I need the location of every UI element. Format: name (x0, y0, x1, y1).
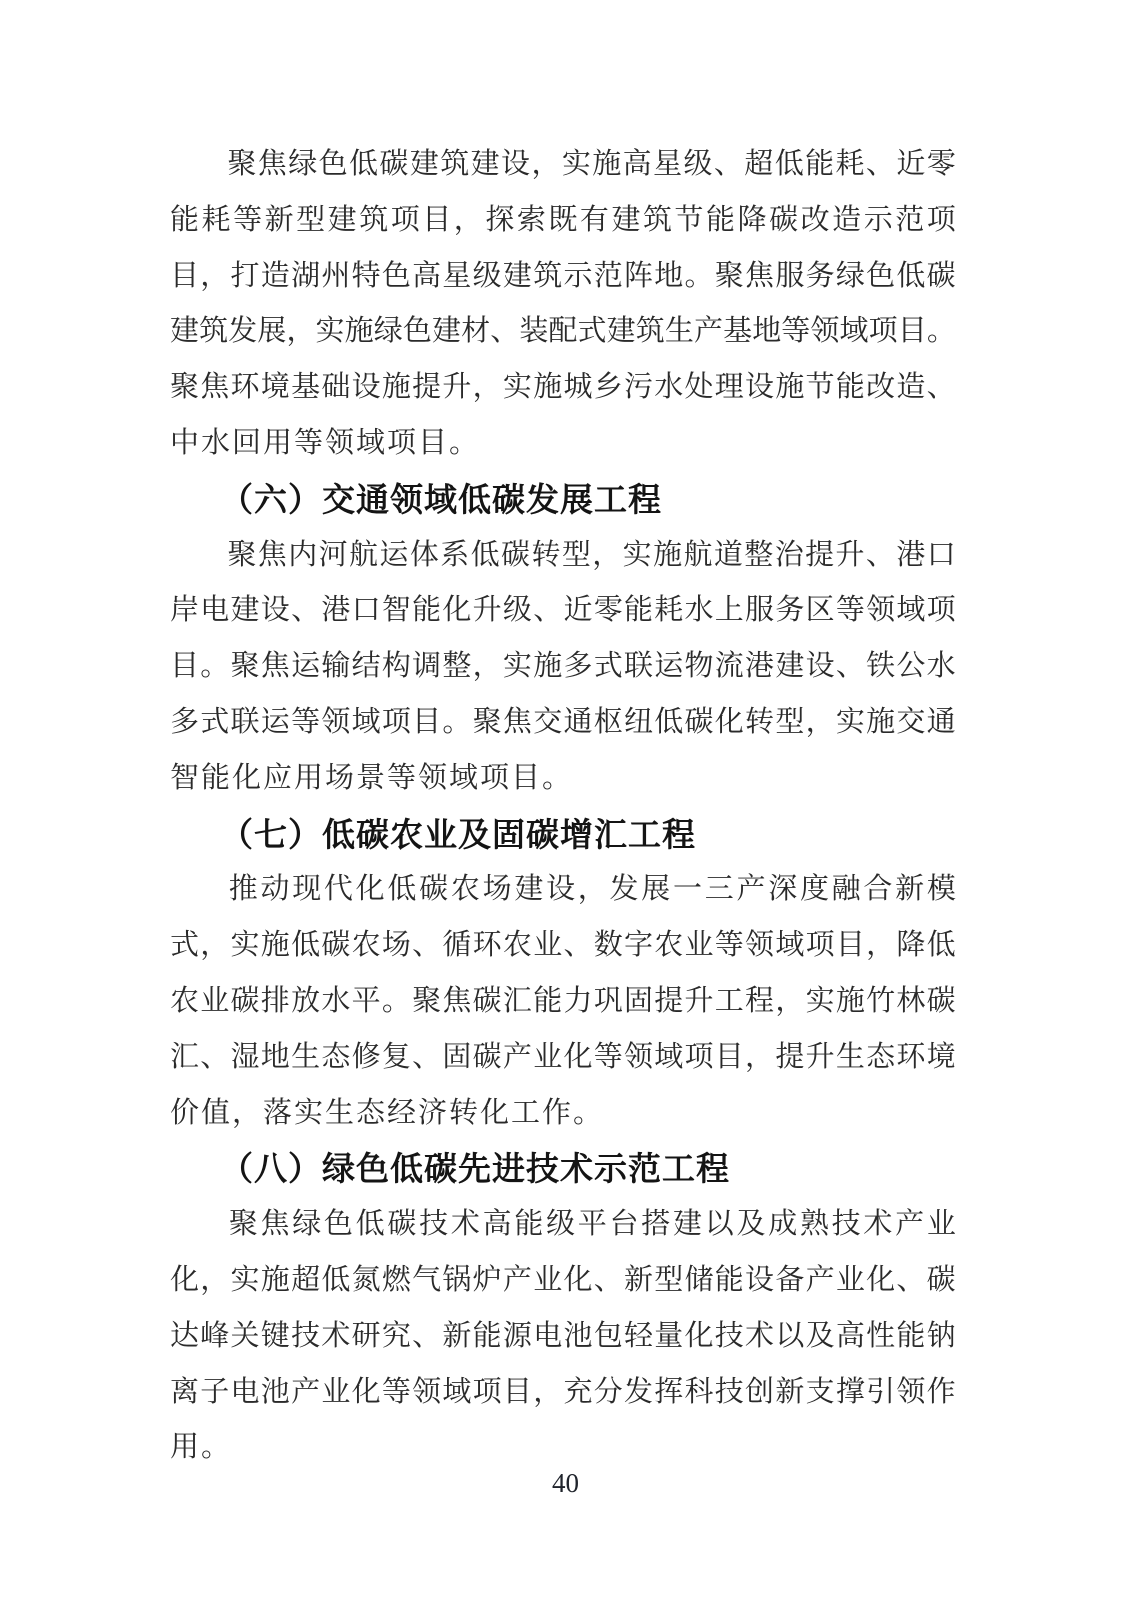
section-heading-8: （八）绿色低碳先进技术示范工程 (170, 1141, 956, 1197)
paragraph-line: 聚焦绿色低碳建筑建设，实施高星级、超低能耗、近零 (170, 137, 956, 193)
document-body: 聚焦绿色低碳建筑建设，实施高星级、超低能耗、近零 能耗等新型建筑项目，探索既有建… (170, 137, 956, 1476)
paragraph-line: 目。聚焦运输结构调整，实施多式联运物流港建设、铁公水 (170, 639, 956, 695)
paragraph-line: 式，实施低碳农场、循环农业、数字农业等领域项目，降低 (170, 918, 956, 974)
paragraph-line: 能耗等新型建筑项目，探索既有建筑节能降碳改造示范项 (170, 193, 956, 249)
paragraph-line: 推动现代化低碳农场建设，发展一三产深度融合新模 (170, 862, 956, 918)
paragraph-line: 多式联运等领域项目。聚焦交通枢纽低碳化转型，实施交通 (170, 695, 956, 751)
paragraph-line: 离子电池产业化等领域项目，充分发挥科技创新支撑引领作 (170, 1365, 956, 1421)
paragraph-line: 聚焦内河航运体系低碳转型，实施航道整治提升、港口 (170, 528, 956, 584)
section-heading-6: （六）交通领域低碳发展工程 (170, 472, 956, 528)
paragraph-line: 中水回用等领域项目。 (170, 416, 956, 472)
paragraph-line: 目，打造湖州特色高星级建筑示范阵地。聚焦服务绿色低碳 (170, 249, 956, 305)
paragraph-line: 价值，落实生态经济转化工作。 (170, 1086, 956, 1142)
page-number: 40 (0, 1468, 1131, 1499)
paragraph-line: 农业碳排放水平。聚焦碳汇能力巩固提升工程，实施竹林碳 (170, 974, 956, 1030)
paragraph-line: 建筑发展，实施绿色建材、装配式建筑生产基地等领域项目。 (170, 304, 956, 360)
document-page: 聚焦绿色低碳建筑建设，实施高星级、超低能耗、近零 能耗等新型建筑项目，探索既有建… (0, 0, 1131, 1600)
paragraph-line: 达峰关键技术研究、新能源电池包轻量化技术以及高性能钠 (170, 1309, 956, 1365)
paragraph-line: 化，实施超低氮燃气锅炉产业化、新型储能设备产业化、碳 (170, 1253, 956, 1309)
paragraph-line: 智能化应用场景等领域项目。 (170, 751, 956, 807)
paragraph-line: 汇、湿地生态修复、固碳产业化等领域项目，提升生态环境 (170, 1030, 956, 1086)
paragraph-line: 岸电建设、港口智能化升级、近零能耗水上服务区等领域项 (170, 583, 956, 639)
paragraph-line: 聚焦绿色低碳技术高能级平台搭建以及成熟技术产业 (170, 1197, 956, 1253)
section-heading-7: （七）低碳农业及固碳增汇工程 (170, 807, 956, 863)
paragraph-line: 聚焦环境基础设施提升，实施城乡污水处理设施节能改造、 (170, 360, 956, 416)
